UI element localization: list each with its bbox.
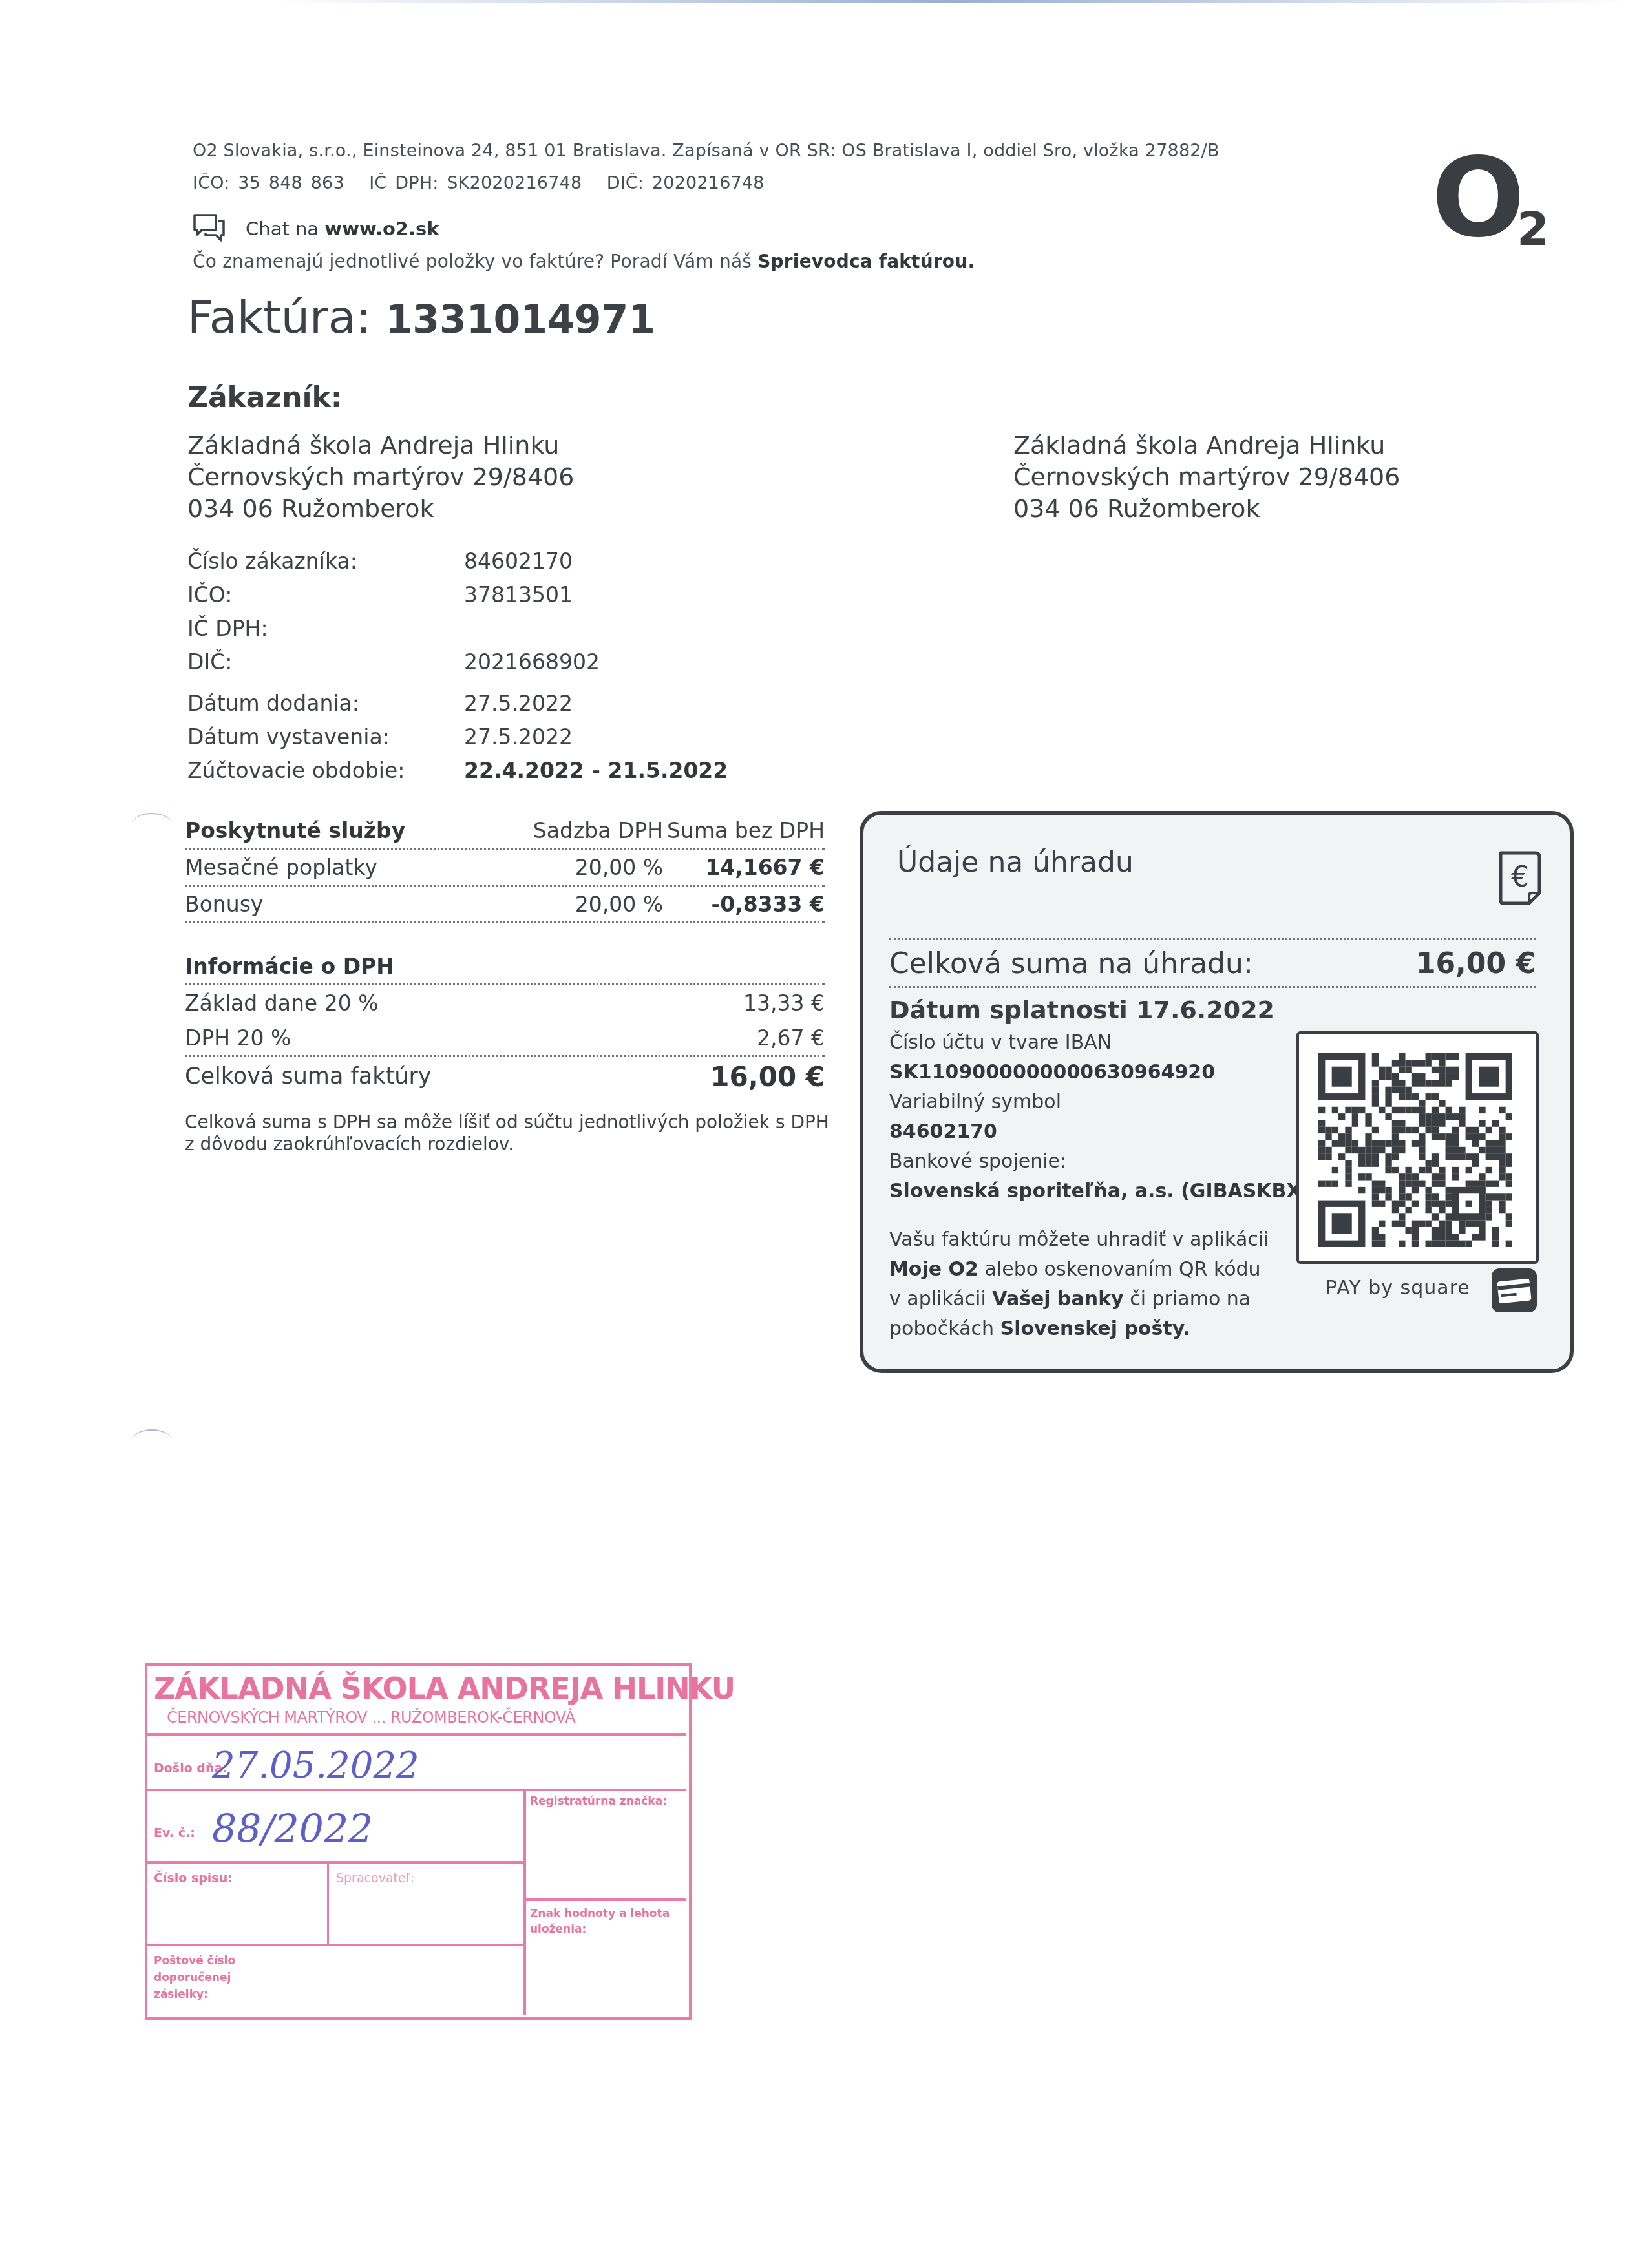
ev-label: Ev. č.: <box>154 1826 195 1840</box>
issue-date: 27.5.2022 <box>464 724 573 750</box>
table-header: Informácie o DPH <box>185 949 825 985</box>
stamp-subtitle: ČERNOVSKÝCH MARTÝROV ... RUŽOMBEROK-ČERN… <box>167 1708 575 1727</box>
guide-text: Čo znamenajú jednotlivé položky vo faktú… <box>193 251 752 272</box>
o2-logo: O 2 <box>1431 142 1574 258</box>
punch-hole-mark <box>132 813 171 834</box>
registry-mark-label: Registratúrna značka: <box>530 1795 667 1808</box>
instruction-line: Vašu faktúru môžete uhradiť v aplikácii <box>889 1225 1290 1255</box>
chat-row: Chat na www.o2.sk <box>193 213 439 244</box>
handler-label: Spracovateľ: <box>336 1871 414 1885</box>
payment-total: 16,00 € <box>1416 947 1536 980</box>
due-date: Dátum splatnosti 17.6.2022 <box>889 996 1274 1024</box>
instruction-text: pobočkách <box>889 1318 1000 1340</box>
invoice-title: Faktúra: 1331014971 <box>187 291 655 344</box>
guide-link[interactable]: Sprievodca faktúrou. <box>757 251 975 272</box>
table-row: Bonusy 20,00 % -0,8333 € <box>185 887 825 923</box>
invoice-total: 16,00 € <box>663 1061 825 1093</box>
company-info: O2 Slovakia, s.r.o., Einsteinova 24, 851… <box>193 141 1220 161</box>
billing-period: 22.4.2022 - 21.5.2022 <box>464 758 728 783</box>
retention-label: Znak hodnoty a lehota uloženia: <box>530 1906 672 1937</box>
services-table: Poskytnuté služby Sadzba DPH Suma bez DP… <box>185 813 825 923</box>
vat-rate: 20,00 % <box>502 855 663 880</box>
customer-number: 84602170 <box>464 549 573 574</box>
payment-title: Údaje na úhradu <box>897 846 1134 879</box>
invoice-dates: Dátum dodania:27.5.2022 Dátum vystavenia… <box>187 686 728 787</box>
pay-by-square-label: PAY by square <box>1326 1277 1470 1299</box>
dic-value: 2021668902 <box>464 649 600 675</box>
postal-number-label: Poštové číslo doporučenej zásielky: <box>154 1953 251 2003</box>
instruction-line: Moje O2 alebo oskenovaním QR kódu <box>889 1255 1290 1285</box>
address-line: Černovských martýrov 29/8406 <box>187 461 574 493</box>
table-row: Mesačné poplatky 20,00 % 14,1667 € <box>185 850 825 887</box>
id-label: IČ DPH: <box>187 616 464 641</box>
bank-label: Bankové spojenie: <box>889 1147 1310 1177</box>
payment-total-row: Celková suma na úhradu: 16,00 € <box>889 947 1536 980</box>
payment-panel: Údaje na úhradu € Celková suma na úhradu… <box>860 811 1574 1373</box>
invoice-title-label: Faktúra: <box>187 291 371 344</box>
file-number-label: Číslo spisu: <box>154 1871 233 1885</box>
vat-table: Informácie o DPH Základ dane 20 % 13,33 … <box>185 949 825 1096</box>
amount: 14,1667 € <box>663 855 825 880</box>
vat-rate: 20,00 % <box>502 892 663 917</box>
id-label: IČO: <box>187 582 464 607</box>
column-header: Poskytnuté služby <box>185 818 502 843</box>
date-label: Dátum vystavenia: <box>187 724 464 750</box>
column-header: Suma bez DPH <box>663 818 825 843</box>
qr-code-frame <box>1296 1031 1539 1264</box>
punch-hole-mark <box>132 1429 171 1450</box>
instruction-text: či priamo na <box>1124 1288 1251 1310</box>
invoice-total-row: Celková suma faktúry 16,00 € <box>185 1057 825 1096</box>
chat-link[interactable]: www.o2.sk <box>324 218 439 240</box>
address-line: 034 06 Ružomberok <box>187 493 574 525</box>
mailing-address: Základná škola Andreja Hlinku Černovskýc… <box>1013 430 1400 525</box>
instruction-line: v aplikácii Vašej banky či priamo na <box>889 1285 1290 1314</box>
table-header: Poskytnuté služby Sadzba DPH Suma bez DP… <box>185 813 825 850</box>
payment-instructions: Vašu faktúru môžete uhradiť v aplikácii … <box>889 1225 1290 1344</box>
customer-ids: Číslo zákazníka:84602170 IČO:37813501 IČ… <box>187 544 600 678</box>
date-label: Zúčtovacie obdobie: <box>187 758 464 783</box>
rounding-note: Celková suma s DPH sa môže líšiť od súčt… <box>185 1111 831 1155</box>
post-office: Slovenskej pošty. <box>1000 1318 1190 1340</box>
divider <box>889 938 1536 940</box>
vat-label: DPH 20 % <box>185 1025 663 1051</box>
address-line: Základná škola Andreja Hlinku <box>1013 430 1400 461</box>
instruction-text: v aplikácii <box>889 1288 992 1310</box>
app-name: Moje O2 <box>889 1258 978 1281</box>
payment-total-label: Celková suma na úhradu: <box>889 947 1253 980</box>
invoice-number: 1331014971 <box>386 297 655 342</box>
instruction-line: pobočkách Slovenskej pošty. <box>889 1314 1290 1344</box>
bank-app: Vašej banky <box>992 1288 1123 1310</box>
id-label: DIČ: <box>187 649 464 675</box>
chat-bubbles-icon <box>193 213 226 244</box>
date-label: Dátum dodania: <box>187 691 464 716</box>
ev-number: 88/2022 <box>212 1807 373 1852</box>
payment-card-icon <box>1490 1267 1538 1314</box>
instruction-text: alebo oskenovaním QR kódu <box>978 1258 1261 1281</box>
qr-code[interactable] <box>1318 1053 1512 1247</box>
service-name: Mesačné poplatky <box>185 855 502 880</box>
vat-heading: Informácie o DPH <box>185 954 825 979</box>
svg-text:€: € <box>1511 861 1529 894</box>
table-row: Základ dane 20 % 13,33 € <box>185 985 825 1020</box>
iban-value: SK1109000000000630964920 <box>889 1058 1310 1087</box>
stamp-title: ZÁKLADNÁ ŠKOLA ANDREJA HLINKU <box>154 1671 735 1706</box>
received-date: 27.05.2022 <box>212 1745 419 1787</box>
bank-details: Číslo účtu v tvare IBAN SK11090000000006… <box>889 1028 1310 1206</box>
invoice-guide: Čo znamenajú jednotlivé položky vo faktú… <box>193 251 975 272</box>
total-label: Celková suma faktúry <box>185 1064 663 1089</box>
logo-letter: O <box>1431 134 1525 262</box>
vs-label: Variabilný symbol <box>889 1087 1310 1117</box>
euro-document-icon: € <box>1497 850 1542 908</box>
scan-edge <box>271 0 1629 3</box>
registry-stamp: ZÁKLADNÁ ŠKOLA ANDREJA HLINKU ČERNOVSKÝC… <box>145 1663 692 2020</box>
vat-label: Základ dane 20 % <box>185 991 663 1016</box>
customer-address: Základná škola Andreja Hlinku Černovskýc… <box>187 430 574 525</box>
company-ids: IČO: 35 848 863 IČ DPH: SK2020216748 DIČ… <box>193 173 765 193</box>
column-header: Sadzba DPH <box>502 818 663 843</box>
chat-label: Chat na <box>246 218 319 240</box>
vs-value: 84602170 <box>889 1117 1310 1147</box>
logo-subscript: 2 <box>1517 202 1549 256</box>
iban-label: Číslo účtu v tvare IBAN <box>889 1028 1310 1058</box>
divider <box>889 986 1536 988</box>
address-line: Základná škola Andreja Hlinku <box>187 430 574 461</box>
customer-heading: Zákazník: <box>187 381 342 414</box>
amount: -0,8333 € <box>663 892 825 917</box>
id-label: Číslo zákazníka: <box>187 549 464 574</box>
table-row: DPH 20 % 2,67 € <box>185 1020 825 1057</box>
delivery-date: 27.5.2022 <box>464 691 573 716</box>
bank-value: Slovenská sporiteľňa, a.s. (GIBASKBX) <box>889 1177 1310 1206</box>
vat-value: 2,67 € <box>663 1025 825 1051</box>
ico-value: 37813501 <box>464 582 573 607</box>
address-line: Černovských martýrov 29/8406 <box>1013 461 1400 493</box>
vat-value: 13,33 € <box>663 991 825 1016</box>
address-line: 034 06 Ružomberok <box>1013 493 1400 525</box>
service-name: Bonusy <box>185 892 502 917</box>
